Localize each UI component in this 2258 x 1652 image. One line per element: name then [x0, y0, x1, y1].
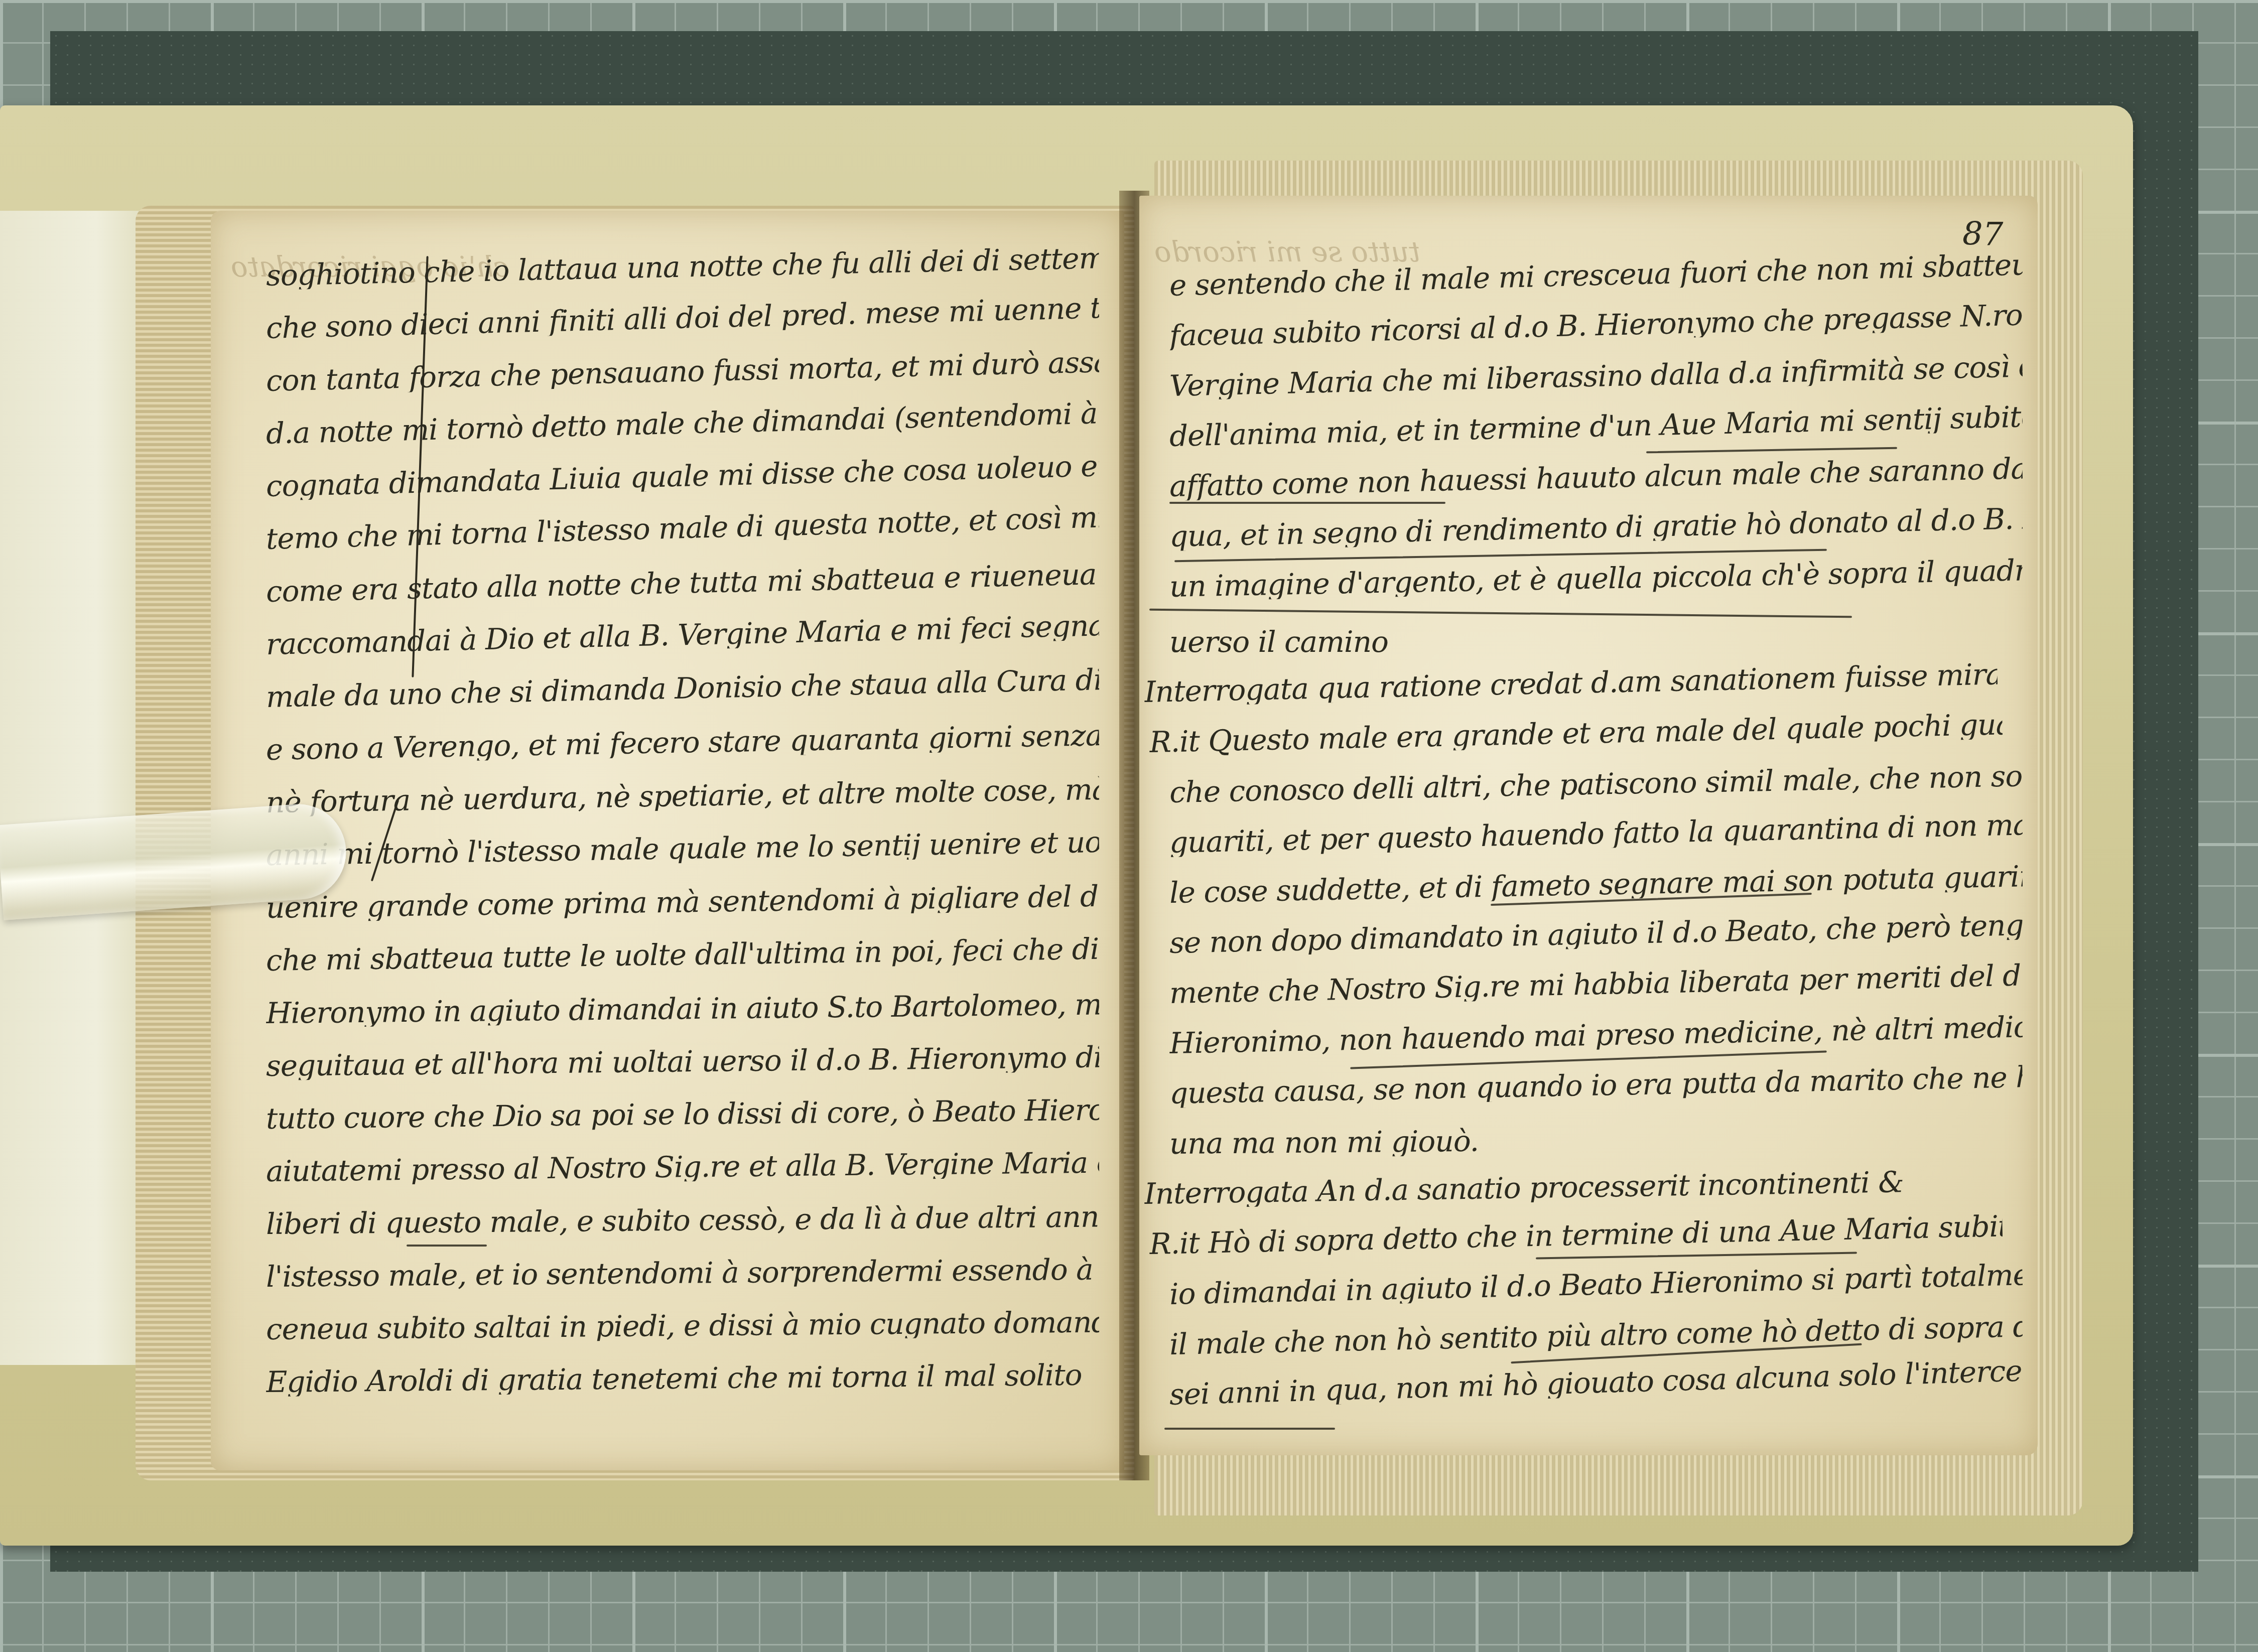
manuscript-line: nè fortura nè uerdura, nè spetiarie, et … — [266, 775, 1100, 817]
manuscript-line: un imagine d'argento, et è quella piccol… — [1169, 556, 2023, 601]
manuscript-line: mente che Nostro Sig.re mi habbia libera… — [1169, 960, 2023, 1008]
manuscript-line: male da uno che si dimanda Donisio che s… — [265, 665, 1099, 712]
page-number: 87 — [1962, 216, 2003, 253]
manuscript-line: e sono a Verengo, et mi fecero stare qua… — [265, 721, 1099, 764]
manuscript-line: con tanta forza che pensauano fussi mort… — [265, 347, 1099, 395]
manuscript-line: che sono dieci anni finiti alli doi del … — [265, 293, 1099, 343]
manuscript-line: Interrogata qua ratione credat d.am sana… — [1144, 659, 1998, 707]
manuscript-line: Hieronymo in agiuto dimandai in aiuto S.… — [266, 990, 1100, 1028]
manuscript-line: io dimandai in agiuto il d.o Beato Hiero… — [1169, 1260, 2023, 1309]
manuscript-line: il male che non hò sentito più altro com… — [1169, 1312, 2023, 1359]
manuscript-line: Hieronimo, non hauendo mai preso medicin… — [1169, 1012, 2023, 1058]
manuscript-line: che conosco delli altri, che patiscono s… — [1169, 761, 2023, 807]
manuscript-line: anni mi tornò l'istesso male quale me lo… — [266, 828, 1100, 870]
left-page: ch'io oggi ricordato soghiotino che io l… — [211, 211, 1124, 1470]
manuscript-line: d.a notte mi tornò detto male che dimand… — [265, 398, 1099, 448]
manuscript-line: guariti, et per questo hauendo fatto la … — [1169, 810, 2023, 857]
manuscript-line: come era stato alla notte che tutta mi s… — [265, 560, 1099, 606]
underline-mark — [407, 1245, 487, 1247]
underline-mark — [1174, 549, 1827, 563]
manuscript-line: tutto cuore che Dio sa poi se lo dissi d… — [266, 1095, 1100, 1133]
manuscript-line: se non dopo dimandato in agiuto il d.o B… — [1169, 910, 2023, 957]
underline-mark — [1350, 1050, 1827, 1069]
underline-mark — [1646, 447, 1897, 454]
manuscript-line: raccomandai à Dio et alla B. Vergine Mar… — [265, 611, 1099, 659]
underline-mark — [1169, 502, 1445, 504]
manuscript-line: affatto come non hauessi hauuto alcun ma… — [1169, 454, 2023, 501]
manuscript-line: che mi sbatteua tutte le uolte dall'ulti… — [266, 934, 1100, 975]
manuscript-line: R.it Questo male era grande et era male … — [1149, 710, 2003, 757]
manuscript-line: seguitaua et all'hora mi uoltai uerso il… — [266, 1043, 1100, 1080]
manuscript-line: uerso il camino — [1169, 627, 2023, 656]
manuscript-line: Interrogata An d.a sanatio processerit i… — [1144, 1166, 1998, 1208]
manuscript-line: liberi di questo male, e subito cessò, e… — [266, 1202, 1099, 1238]
manuscript-line: R.it Hò di sopra detto che in termine di… — [1149, 1211, 2003, 1259]
underline-mark — [1149, 609, 1852, 618]
right-page: tutto se mi ricordo 87 e sentendo che il… — [1139, 196, 2038, 1455]
manuscript-line: cognata dimandata Liuia quale mi disse c… — [265, 451, 1099, 501]
manuscript-line: una ma non mi giouò. — [1169, 1122, 2023, 1158]
manuscript-line: dell'anima mia, et in termine d'un Aue M… — [1169, 402, 2023, 451]
manuscript-line: questa causa, se non quando io era putta… — [1169, 1062, 2023, 1108]
manuscript-line: sei anni in qua, non mi hò giouato cosa … — [1169, 1356, 2023, 1409]
manuscript-line: Egidio Aroldi di gratia tenetemi che mi … — [266, 1360, 1099, 1397]
manuscript-line: faceua subito ricorsi al d.o B. Hieronym… — [1169, 300, 2023, 350]
underline-mark — [1536, 1252, 1857, 1259]
manuscript-line: l'istesso male, et io sentendomi à sorpr… — [266, 1255, 1099, 1291]
manuscript-line: Vergine Maria che mi liberassino dalla d… — [1169, 352, 2023, 400]
bleed-through-text: tutto se mi ricordo — [1154, 236, 1420, 268]
manuscript-line: uenire grande come prima mà sentendomi à… — [266, 882, 1100, 922]
manuscript-line: qua, et in segno di rendimento di gratie… — [1169, 504, 2023, 551]
manuscript-line: aiutatemi presso al Nostro Sig.re et all… — [266, 1148, 1100, 1186]
manuscript-line: temo che mi torna l'istesso male di ques… — [265, 503, 1099, 554]
underline-mark — [1164, 1428, 1335, 1430]
manuscript-line: ceneua subito saltai in piedi, e dissi à… — [266, 1308, 1099, 1344]
